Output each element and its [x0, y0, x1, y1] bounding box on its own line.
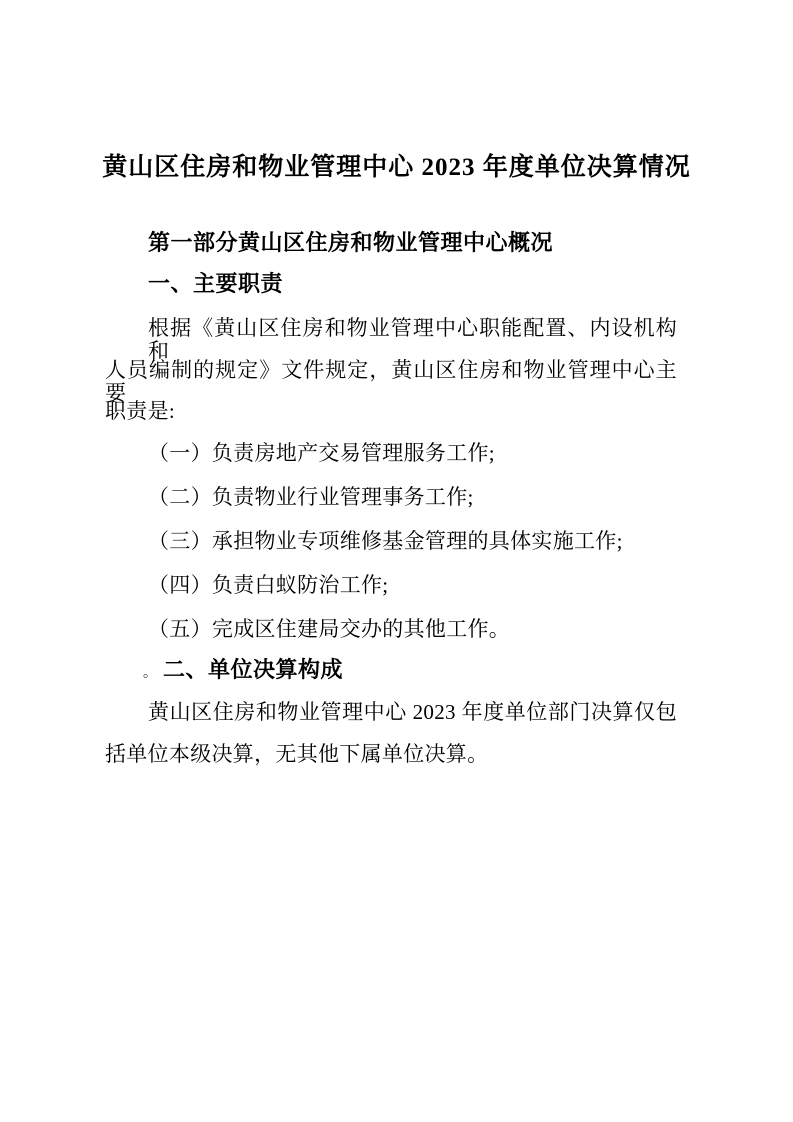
- duty-item: （三）承担物业专项维修基金管理的具体实施工作;: [105, 530, 677, 553]
- document-page: 黄山区住房和物业管理中心 2023 年度单位决算情况 第一部分黄山区住房和物业管…: [0, 0, 793, 1122]
- intro-line: 职责是:: [105, 400, 677, 423]
- body-line: 黄山区住房和物业管理中心 2023 年度单位部门决算仅包: [105, 701, 677, 724]
- body-line: 括单位本级决算，无其他下属单位决算。: [105, 743, 677, 766]
- duty-item: （四）负责白蚁防治工作;: [105, 574, 677, 597]
- section2-heading-row: 。 二、单位决算构成: [143, 659, 343, 681]
- stray-period: 。: [143, 667, 157, 681]
- duty-item: （一）负责房地产交易管理服务工作;: [105, 442, 677, 465]
- document-title: 黄山区住房和物业管理中心 2023 年度单位决算情况: [0, 154, 793, 183]
- duty-item: （二）负责物业行业管理事务工作;: [105, 486, 677, 509]
- intro-line: 人员编制的规定》文件规定，黄山区住房和物业管理中心主要: [105, 359, 677, 404]
- intro-line: 根据《黄山区住房和物业管理中心职能配置、内设机构和: [105, 317, 677, 362]
- part1-heading: 第一部分黄山区住房和物业管理中心概况: [148, 232, 553, 254]
- section2-heading: 二、单位决算构成: [163, 659, 343, 681]
- section1-heading: 一、主要职责: [148, 273, 283, 295]
- duty-item: （五）完成区住建局交办的其他工作。: [105, 618, 677, 641]
